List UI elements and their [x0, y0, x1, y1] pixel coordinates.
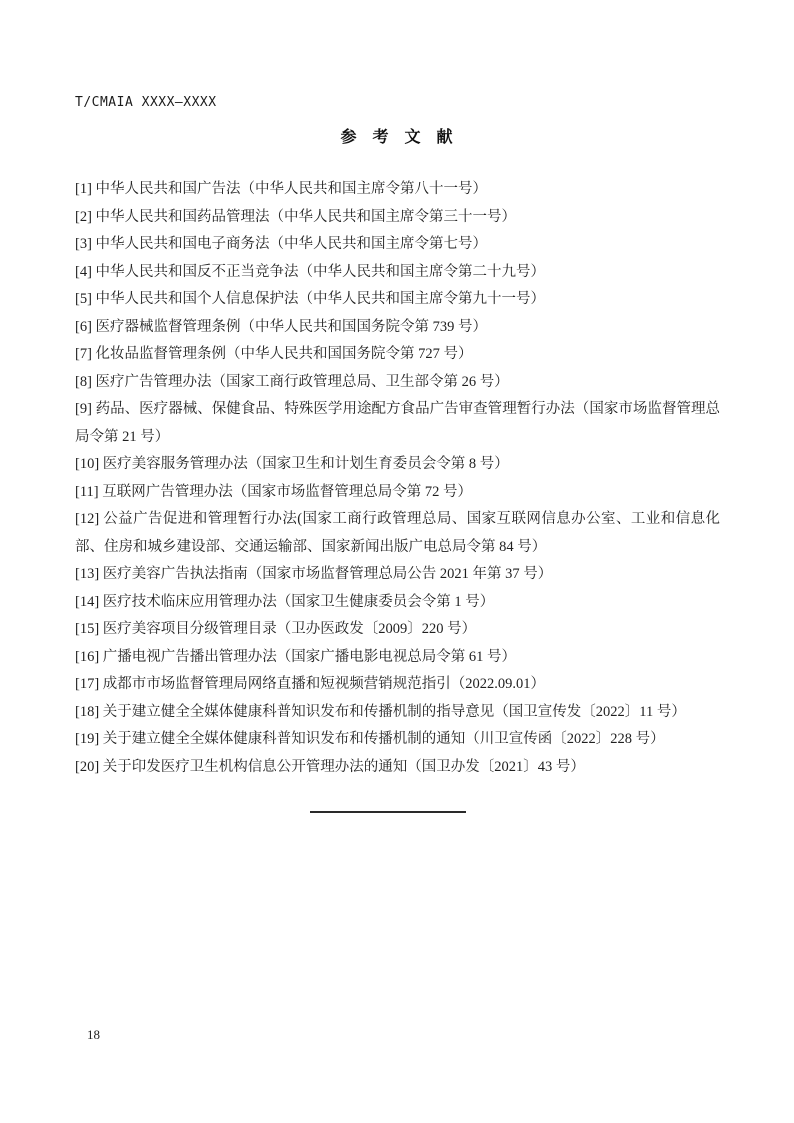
reference-text: 中华人民共和国广告法（中华人民共和国主席令第八十一号） [96, 181, 488, 197]
references-title: 参 考 文 献 [0, 124, 794, 147]
reference-id: [16] [75, 649, 99, 665]
reference-id: [18] [75, 704, 99, 720]
reference-id: [12] [75, 511, 99, 527]
reference-item: [14] 医疗技术临床应用管理办法（国家卫生健康委员会令第 1 号） [75, 589, 720, 617]
reference-item: [18] 关于建立健全全媒体健康科普知识发布和传播机制的指导意见（国卫宣传发〔2… [75, 699, 720, 727]
reference-id: [2] [75, 209, 92, 225]
reference-item: [15] 医疗美容项目分级管理目录（卫办医政发〔2009〕220 号） [75, 616, 720, 644]
reference-text: 医疗美容项目分级管理目录（卫办医政发〔2009〕220 号） [103, 621, 476, 637]
reference-text: 医疗美容服务管理办法（国家卫生和计划生育委员会令第 8 号） [103, 456, 509, 472]
reference-id: [9] [75, 401, 92, 417]
reference-text: 关于建立健全全媒体健康科普知识发布和传播机制的指导意见（国卫宣传发〔2022〕1… [103, 704, 686, 720]
reference-item: [20] 关于印发医疗卫生机构信息公开管理办法的通知（国卫办发〔2021〕43 … [75, 754, 720, 782]
reference-id: [14] [75, 594, 99, 610]
reference-id: [6] [75, 319, 92, 335]
reference-id: [1] [75, 181, 92, 197]
reference-item: [13] 医疗美容广告执法指南（国家市场监督管理总局公告 2021 年第 37 … [75, 561, 720, 589]
reference-text: 化妆品监督管理条例（中华人民共和国国务院令第 727 号） [96, 346, 473, 362]
reference-item: [19] 关于建立健全全媒体健康科普知识发布和传播机制的通知（川卫宣传函〔202… [75, 726, 720, 754]
reference-id: [3] [75, 236, 92, 252]
reference-item: [7] 化妆品监督管理条例（中华人民共和国国务院令第 727 号） [75, 341, 720, 369]
reference-item: [1] 中华人民共和国广告法（中华人民共和国主席令第八十一号） [75, 176, 720, 204]
reference-text: 医疗器械监督管理条例（中华人民共和国国务院令第 739 号） [96, 319, 488, 335]
reference-item: [8] 医疗广告管理办法（国家工商行政管理总局、卫生部令第 26 号） [75, 369, 720, 397]
reference-id: [20] [75, 759, 99, 775]
reference-item: [12] 公益广告促进和管理暂行办法(国家工商行政管理总局、国家互联网信息办公室… [75, 506, 720, 561]
document-end-rule [310, 811, 466, 813]
doc-number-header: T/CMAIA XXXX—XXXX [75, 95, 217, 110]
reference-text: 公益广告促进和管理暂行办法(国家工商行政管理总局、国家互联网信息办公室、工业和信… [75, 511, 720, 555]
reference-item: [9] 药品、医疗器械、保健食品、特殊医学用途配方食品广告审查管理暂行办法（国家… [75, 396, 720, 451]
reference-id: [11] [75, 484, 99, 500]
reference-id: [5] [75, 291, 92, 307]
reference-item: [11] 互联网广告管理办法（国家市场监督管理总局令第 72 号） [75, 479, 720, 507]
reference-id: [10] [75, 456, 99, 472]
reference-text: 医疗技术临床应用管理办法（国家卫生健康委员会令第 1 号） [103, 594, 495, 610]
page-number: 18 [87, 1027, 100, 1043]
reference-item: [3] 中华人民共和国电子商务法（中华人民共和国主席令第七号） [75, 231, 720, 259]
reference-id: [19] [75, 731, 99, 747]
document-page: T/CMAIA XXXX—XXXX 参 考 文 献 [1] 中华人民共和国广告法… [0, 0, 794, 1123]
reference-text: 广播电视广告播出管理办法（国家广播电影电视总局令第 61 号） [103, 649, 516, 665]
reference-text: 中华人民共和国个人信息保护法（中华人民共和国主席令第九十一号） [96, 291, 546, 307]
reference-text: 关于印发医疗卫生机构信息公开管理办法的通知（国卫办发〔2021〕43 号） [103, 759, 585, 775]
reference-id: [17] [75, 676, 99, 692]
reference-text: 药品、医疗器械、保健食品、特殊医学用途配方食品广告审查管理暂行办法（国家市场监督… [75, 401, 720, 445]
reference-id: [13] [75, 566, 99, 582]
reference-item: [6] 医疗器械监督管理条例（中华人民共和国国务院令第 739 号） [75, 314, 720, 342]
reference-id: [7] [75, 346, 92, 362]
reference-text: 关于建立健全全媒体健康科普知识发布和传播机制的通知（川卫宣传函〔2022〕228… [103, 731, 665, 747]
reference-text: 中华人民共和国药品管理法（中华人民共和国主席令第三十一号） [96, 209, 517, 225]
reference-text: 医疗广告管理办法（国家工商行政管理总局、卫生部令第 26 号） [96, 374, 509, 390]
reference-item: [2] 中华人民共和国药品管理法（中华人民共和国主席令第三十一号） [75, 204, 720, 232]
reference-text: 医疗美容广告执法指南（国家市场监督管理总局公告 2021 年第 37 号） [103, 566, 553, 582]
reference-text: 成都市市场监督管理局网络直播和短视频营销规范指引（2022.09.01） [103, 676, 545, 692]
reference-item: [16] 广播电视广告播出管理办法（国家广播电影电视总局令第 61 号） [75, 644, 720, 672]
reference-text: 中华人民共和国电子商务法（中华人民共和国主席令第七号） [96, 236, 488, 252]
reference-item: [5] 中华人民共和国个人信息保护法（中华人民共和国主席令第九十一号） [75, 286, 720, 314]
reference-id: [8] [75, 374, 92, 390]
reference-text: 中华人民共和国反不正当竞争法（中华人民共和国主席令第二十九号） [96, 264, 546, 280]
reference-item: [17] 成都市市场监督管理局网络直播和短视频营销规范指引（2022.09.01… [75, 671, 720, 699]
reference-id: [4] [75, 264, 92, 280]
reference-item: [10] 医疗美容服务管理办法（国家卫生和计划生育委员会令第 8 号） [75, 451, 720, 479]
reference-id: [15] [75, 621, 99, 637]
references-list: [1] 中华人民共和国广告法（中华人民共和国主席令第八十一号） [2] 中华人民… [75, 176, 720, 781]
reference-item: [4] 中华人民共和国反不正当竞争法（中华人民共和国主席令第二十九号） [75, 259, 720, 287]
reference-text: 互联网广告管理办法（国家市场监督管理总局令第 72 号） [102, 484, 472, 500]
